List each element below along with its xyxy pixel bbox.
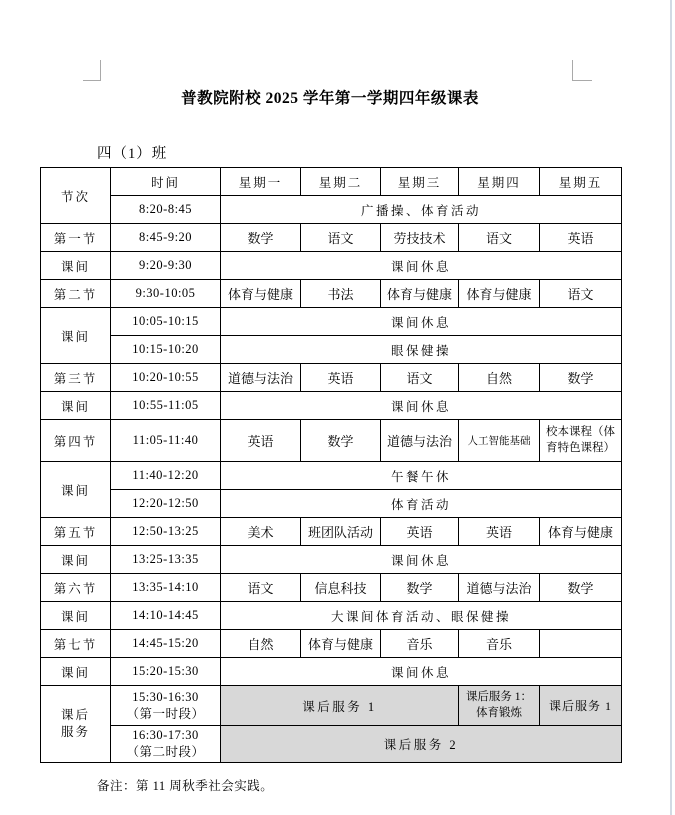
subject-cell: 数学 <box>540 364 622 392</box>
subject-cell: 书法 <box>301 280 381 308</box>
period-cell: 第一节 <box>41 224 111 252</box>
merged-activity-cell: 课间休息 <box>221 252 622 280</box>
time-cell: 11:40-12:20 <box>111 462 221 490</box>
period-cell-after-school: 课后 服务 <box>41 686 111 763</box>
merged-activity-cell: 广播操、体育活动 <box>221 196 622 224</box>
page-title: 普教院附校 2025 学年第一学期四年级课表 <box>0 86 660 108</box>
period-cell: 课间 <box>41 308 111 364</box>
merged-activity-cell: 课间休息 <box>221 658 622 686</box>
subject-cell: 体育与健康 <box>381 280 459 308</box>
subject-cell: 语文 <box>459 224 540 252</box>
day-header-tue: 星期二 <box>301 168 381 196</box>
merged-activity-cell: 课间休息 <box>221 308 622 336</box>
day-header-thu: 星期四 <box>459 168 540 196</box>
subject-cell: 道德与法治 <box>381 420 459 462</box>
subject-cell: 数学 <box>301 420 381 462</box>
time-cell: 13:35-14:10 <box>111 574 221 602</box>
subject-cell: 自然 <box>459 364 540 392</box>
subject-cell: 道德与法治 <box>459 574 540 602</box>
class-label: 四（1）班 <box>97 142 167 163</box>
subject-cell: 语文 <box>301 224 381 252</box>
time-cell: 15:20-15:30 <box>111 658 221 686</box>
after-school-service-cell: 课后服务 2 <box>221 726 622 763</box>
after-school-service-cell: 课后服务 1 <box>221 686 459 726</box>
time-cell: 8:20-8:45 <box>111 196 221 224</box>
period-cell: 第五节 <box>41 518 111 546</box>
subject-cell: 校本课程（体育特色课程） <box>540 420 622 462</box>
subject-cell: 音乐 <box>459 630 540 658</box>
subject-cell: 英语 <box>381 518 459 546</box>
time-cell: 13:25-13:35 <box>111 546 221 574</box>
subject-cell: 体育与健康 <box>540 518 622 546</box>
document-page: { "page": { "title": "普教院附校 2025 学年第一学期四… <box>0 0 675 815</box>
day-header-wed: 星期三 <box>381 168 459 196</box>
subject-cell-empty <box>540 630 622 658</box>
after-school-service-cell: 课后服务 1 <box>540 686 622 726</box>
time-cell: 15:30-16:30 （第一时段） <box>111 686 221 726</box>
subject-cell: 音乐 <box>381 630 459 658</box>
merged-activity-cell: 体育活动 <box>221 490 622 518</box>
time-cell: 11:05-11:40 <box>111 420 221 462</box>
period-cell: 第四节 <box>41 420 111 462</box>
merged-activity-cell: 课间休息 <box>221 392 622 420</box>
subject-cell: 自然 <box>221 630 301 658</box>
subject-cell: 英语 <box>301 364 381 392</box>
period-cell: 课间 <box>41 252 111 280</box>
margin-crop-mark-left <box>83 60 101 81</box>
time-cell: 16:30-17:30 （第二时段） <box>111 726 221 763</box>
subject-cell: 信息科技 <box>301 574 381 602</box>
subject-cell: 体育与健康 <box>459 280 540 308</box>
time-cell: 10:05-10:15 <box>111 308 221 336</box>
period-cell: 第二节 <box>41 280 111 308</box>
margin-crop-mark-right <box>572 60 592 81</box>
subject-cell: 班团队活动 <box>301 518 381 546</box>
subject-cell: 道德与法治 <box>221 364 301 392</box>
period-cell: 第七节 <box>41 630 111 658</box>
time-cell: 12:50-13:25 <box>111 518 221 546</box>
period-cell: 课间 <box>41 392 111 420</box>
subject-cell: 体育与健康 <box>221 280 301 308</box>
period-cell: 第三节 <box>41 364 111 392</box>
subject-cell: 数学 <box>540 574 622 602</box>
time-cell: 10:55-11:05 <box>111 392 221 420</box>
time-cell: 14:10-14:45 <box>111 602 221 630</box>
subject-cell: 语文 <box>221 574 301 602</box>
period-cell: 第六节 <box>41 574 111 602</box>
time-cell: 10:15-10:20 <box>111 336 221 364</box>
subject-cell: 数学 <box>221 224 301 252</box>
after-school-service-cell: 课后服务 1： 体育锻炼 <box>459 686 540 726</box>
time-cell: 9:30-10:05 <box>111 280 221 308</box>
period-cell: 课间 <box>41 658 111 686</box>
merged-activity-cell: 午餐午休 <box>221 462 622 490</box>
subject-cell: 体育与健康 <box>301 630 381 658</box>
time-cell: 14:45-15:20 <box>111 630 221 658</box>
time-cell: 10:20-10:55 <box>111 364 221 392</box>
time-cell: 9:20-9:30 <box>111 252 221 280</box>
subject-cell: 美术 <box>221 518 301 546</box>
subject-cell: 语文 <box>381 364 459 392</box>
page-right-edge <box>670 0 672 815</box>
time-cell: 12:20-12:50 <box>111 490 221 518</box>
corner-header: 节次 <box>41 168 111 224</box>
subject-cell: 英语 <box>540 224 622 252</box>
time-header: 时间 <box>111 168 221 196</box>
subject-cell: 语文 <box>540 280 622 308</box>
subject-cell: 劳技技术 <box>381 224 459 252</box>
day-header-mon: 星期一 <box>221 168 301 196</box>
time-cell: 8:45-9:20 <box>111 224 221 252</box>
period-cell: 课间 <box>41 602 111 630</box>
day-header-fri: 星期五 <box>540 168 622 196</box>
subject-cell: 英语 <box>459 518 540 546</box>
merged-activity-cell: 眼保健操 <box>221 336 622 364</box>
footnote: 备注：第 11 周秋季社会实践。 <box>97 776 273 794</box>
period-cell: 课间 <box>41 546 111 574</box>
period-cell: 课间 <box>41 462 111 518</box>
subject-cell: 英语 <box>221 420 301 462</box>
merged-activity-cell: 大课间体育活动、眼保健操 <box>221 602 622 630</box>
timetable: 节次 时间 星期一 星期二 星期三 星期四 星期五 8:20-8:45 广播操、… <box>40 167 622 763</box>
subject-cell: 数学 <box>381 574 459 602</box>
merged-activity-cell: 课间休息 <box>221 546 622 574</box>
subject-cell: 人工智能基础 <box>459 420 540 462</box>
